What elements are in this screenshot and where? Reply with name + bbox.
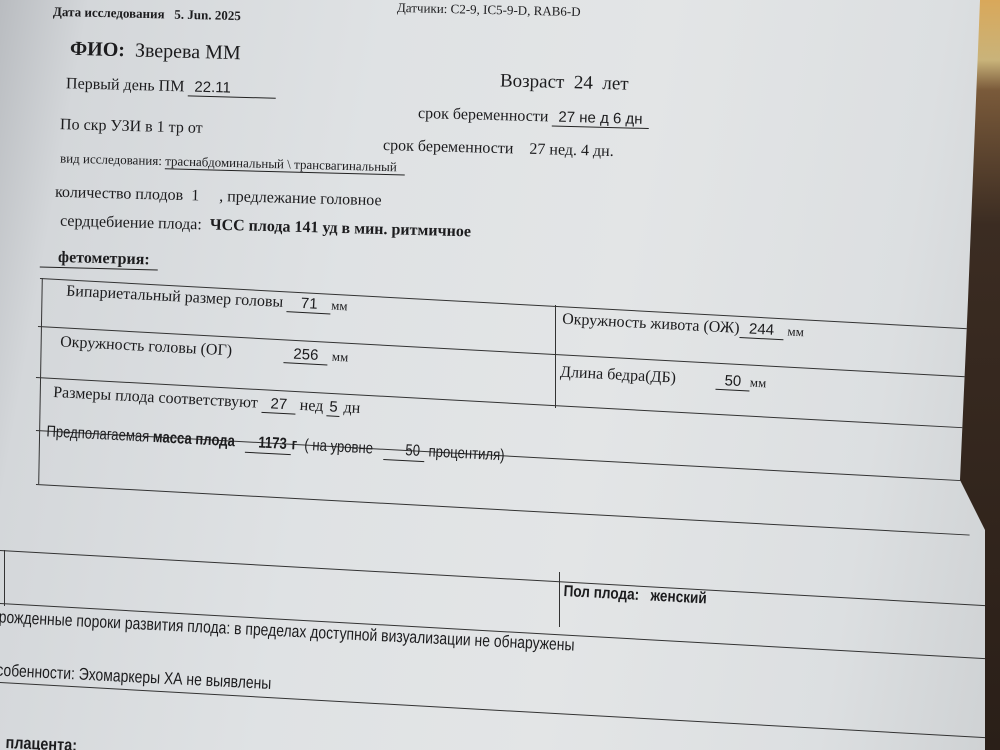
- findings-border-left: [4, 550, 5, 606]
- lmp-label: Первый день ПМ: [66, 75, 185, 95]
- fetus-count-row: количество плодов 1 , предлежание головн…: [55, 184, 382, 211]
- first-tri-label: По скр УЗИ в 1 тр от: [60, 116, 203, 137]
- sensors: Датчики: C2-9, IC5-9-D, RAB6-D: [397, 0, 581, 20]
- exam-type-value: траснабдоминальный \ трансвагинальный: [165, 154, 405, 175]
- fl-label: Длина бедра(ДБ): [560, 364, 677, 387]
- ga-lmp-label: срок беременности: [418, 105, 549, 125]
- table-column-divider: [555, 305, 556, 408]
- size-days-value: 5: [327, 399, 340, 416]
- placenta-heading: плацента:: [5, 733, 77, 750]
- heartbeat-row: сердцебиение плода: ЧСС плода 141 уд в м…: [60, 213, 471, 242]
- fetometry-heading: фетометрия:: [40, 248, 158, 270]
- table-border-bottom: [36, 484, 970, 536]
- ga-us-label: срок беременности: [383, 137, 514, 157]
- ultrasound-report-sheet: Дата исследования 5. Jun. 2025 Датчики: …: [0, 0, 985, 750]
- malformations: Врожденные пороки развития плода: в пред…: [0, 607, 575, 656]
- ac-row: Окружность живота (ОЖ)244 мм: [562, 311, 805, 342]
- efw-value: 1173: [245, 435, 292, 455]
- size-weeks-value: 27: [261, 396, 296, 415]
- age-value: 24: [574, 72, 594, 93]
- efw-row: Предполагаемая масса плода 1173г ( на ур…: [46, 423, 606, 471]
- hc-row: Окружность головы (ОГ) 256 мм: [60, 333, 349, 366]
- presentation-text: , предлежание головное: [219, 188, 382, 209]
- sensors-value: C2-9, IC5-9-D, RAB6-D: [450, 1, 580, 19]
- fetal-sex: Пол плода: женский: [563, 583, 707, 608]
- sensors-label: Датчики:: [397, 0, 448, 16]
- age-unit: лет: [602, 73, 629, 95]
- fio-label: ФИО:: [70, 38, 126, 61]
- sex-label: Пол плода:: [563, 583, 639, 604]
- exam-type: вид исследования: траснабдоминальный \ т…: [60, 150, 405, 175]
- fl-row: Длина бедра(ДБ) 50мм: [560, 364, 767, 393]
- hc-value: 256: [283, 346, 328, 365]
- fetus-count-value: 1: [191, 187, 199, 204]
- bpd-label: Бипариетальный размер головы: [66, 283, 284, 311]
- ga-lmp-value: 27 не д 6 дн: [552, 110, 649, 129]
- findings-row-divider: [0, 682, 985, 739]
- efw-label: масса плода: [152, 429, 235, 450]
- exam-date-label: Дата исследования: [53, 4, 165, 22]
- lmp-value: 22.11: [188, 79, 276, 98]
- lmp-row: Первый день ПМ 22.11: [66, 75, 277, 99]
- ga-us-value: 27 нед. 4 дн.: [529, 141, 614, 160]
- patient-age: Возраст 24 лет: [500, 70, 629, 95]
- exam-type-label: вид исследования:: [60, 150, 162, 168]
- findings-column-divider: [559, 572, 560, 627]
- hc-label: Окружность головы (ОГ): [60, 333, 233, 359]
- fl-value: 50: [715, 373, 750, 392]
- percentile-value: 50: [383, 442, 425, 462]
- fetus-count-label: количество плодов: [55, 184, 184, 204]
- bpd-value: 71: [287, 295, 332, 314]
- age-label: Возраст: [500, 70, 565, 93]
- sex-value: женский: [650, 588, 707, 608]
- heartbeat-label: сердцебиение плода:: [60, 213, 202, 234]
- exam-date: Дата исследования 5. Jun. 2025: [53, 4, 241, 24]
- table-border-left: [38, 278, 43, 484]
- ga-by-us: срок беременности 27 нед. 4 дн.: [383, 137, 614, 161]
- patient-name: ФИО: Зверева ММ: [70, 38, 241, 65]
- heartbeat-value: ЧСС плода 141 уд в мин. ритмичное: [210, 217, 472, 241]
- ga-by-lmp: срок беременности 27 не д 6 дн: [418, 105, 649, 129]
- fio-value: Зверева ММ: [135, 39, 241, 64]
- first-trimester-screening: По скр УЗИ в 1 тр от: [60, 116, 203, 138]
- findings-border-top: [0, 550, 985, 607]
- ac-value: 244: [739, 321, 784, 340]
- size-corresponds-row: Размеры плода соответствуют 27 нед 5 дн: [53, 384, 361, 418]
- exam-date-value: 5. Jun. 2025: [174, 7, 241, 24]
